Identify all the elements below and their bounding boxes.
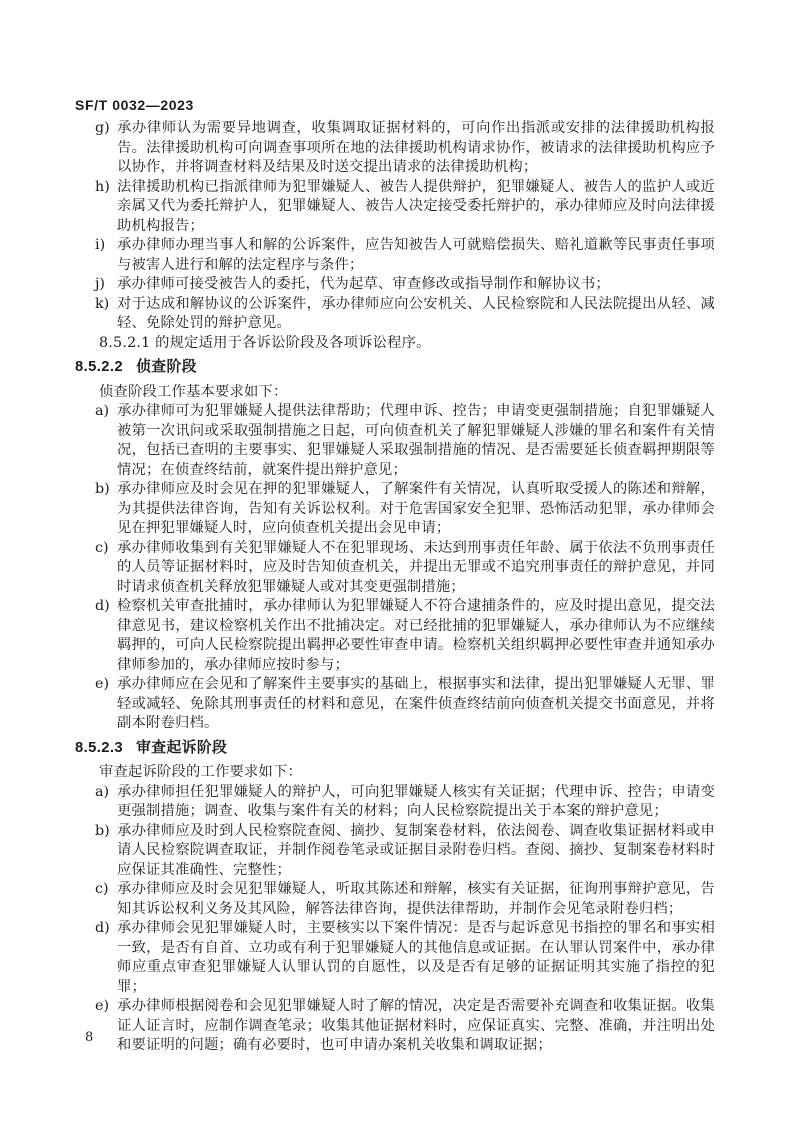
item-label: a) [95, 783, 109, 803]
item-text: 承办律师办理当事人和解的公诉案件，应告知被告人可就赔偿损失、赔礼道歉等民事责任事… [117, 237, 715, 273]
item-label: g) [95, 119, 110, 139]
list-item: h) 法律援助机构已指派律师为犯罪嫌疑人、被告人提供辩护，犯罪嫌疑人、被告人的监… [75, 178, 715, 237]
item-text: 承办律师可接受被告人的委托，代为起草、审查修改或指导制作和解协议书； [117, 276, 610, 292]
item-label: d) [95, 597, 110, 617]
heading-number: 8.5.2.3 [75, 740, 123, 756]
item-text: 承办律师收集到有关犯罪嫌疑人不在犯罪现场、未达到刑事责任年龄、属于依法不负刑事责… [117, 540, 715, 595]
item-label: e) [95, 997, 109, 1017]
item-label: j) [95, 275, 105, 295]
list-item: d) 检察机关审查批捕时，承办律师认为犯罪嫌疑人不符合逮捕条件的，应及时提出意见… [75, 597, 715, 675]
item-text: 承办律师应在会见和了解案件主要事实的基础上，根据事实和法律，提出犯罪嫌疑人无罪、… [117, 676, 715, 731]
item-label: e) [95, 675, 109, 695]
heading-title: 审查起诉阶段 [136, 740, 227, 756]
item-label: d) [95, 919, 110, 939]
item-text: 承办律师应及时到人民检察院查阅、摘抄、复制案卷材料，依法阅卷、调查收集证据材料或… [117, 823, 715, 878]
list-item: i) 承办律师办理当事人和解的公诉案件，应告知被告人可就赔偿损失、赔礼道歉等民事… [75, 236, 715, 275]
item-text: 承办律师应及时会见在押的犯罪嫌疑人，了解案件有关情况，认真听取受援人的陈述和辩解… [117, 481, 715, 536]
item-label: b) [95, 480, 110, 500]
standard-number: SF/T 0032—2023 [75, 97, 194, 113]
item-label: h) [95, 178, 110, 198]
document-page: SF/T 0032—2023 g) 承办律师认为需要异地调查，收集调取证据材料的… [0, 0, 794, 1122]
item-label: c) [95, 539, 109, 559]
heading-number: 8.5.2.2 [75, 359, 123, 375]
list-item: e) 承办律师应在会见和了解案件主要事实的基础上，根据事实和法律，提出犯罪嫌疑人… [75, 675, 715, 734]
review-intro: 审查起诉阶段的工作要求如下： [75, 763, 715, 783]
item-text: 承办律师根据阅卷和会见犯罪嫌疑人时了解的情况，决定是否需要补充调查和收集证据。收… [117, 998, 715, 1053]
item-text: 检察机关审查批捕时，承办律师认为犯罪嫌疑人不符合逮捕条件的，应及时提出意见，提交… [117, 598, 715, 673]
list-item: e) 承办律师根据阅卷和会见犯罪嫌疑人时了解的情况，决定是否需要补充调查和收集证… [75, 997, 715, 1056]
item-text: 承办律师认为需要异地调查，收集调取证据材料的，可向作出指派或安排的法律援助机构报… [117, 120, 715, 175]
list-item: b) 承办律师应及时会见在押的犯罪嫌疑人，了解案件有关情况，认真听取受援人的陈述… [75, 480, 715, 539]
item-text: 承办律师可为犯罪嫌疑人提供法律帮助；代理申诉、控告；申请变更强制措施；自犯罪嫌疑… [117, 403, 715, 478]
list-item: g) 承办律师认为需要异地调查，收集调取证据材料的，可向作出指派或安排的法律援助… [75, 119, 715, 178]
item-label: k) [95, 295, 109, 315]
list-investigation: a) 承办律师可为犯罪嫌疑人提供法律帮助；代理申诉、控告；申请变更强制措施；自犯… [75, 402, 715, 734]
section-heading-investigation: 8.5.2.2侦查阶段 [75, 358, 715, 378]
item-label: a) [95, 402, 109, 422]
item-text: 对于达成和解协议的公诉案件，承办律师应向公安机关、人民检察院和人民法院提出从轻、… [117, 296, 715, 332]
item-text: 承办律师应及时会见犯罪嫌疑人，听取其陈述和辩解，核实有关证据，征询刑事辩护意见，… [117, 881, 715, 917]
list-item: d) 承办律师会见犯罪嫌疑人时，主要核实以下案件情况：是否与起诉意见书指控的罪名… [75, 919, 715, 997]
page-content: g) 承办律师认为需要异地调查，收集调取证据材料的，可向作出指派或安排的法律援助… [75, 119, 715, 1056]
list-item: c) 承办律师收集到有关犯罪嫌疑人不在犯罪现场、未达到刑事责任年龄、属于依法不负… [75, 539, 715, 598]
list-item: c) 承办律师应及时会见犯罪嫌疑人，听取其陈述和辩解，核实有关证据，征询刑事辩护… [75, 880, 715, 919]
item-text: 承办律师担任犯罪嫌疑人的辩护人，可向犯罪嫌疑人核实有关证据；代理申诉、控告；申请… [117, 784, 715, 820]
list-item: j) 承办律师可接受被告人的委托，代为起草、审查修改或指导制作和解协议书； [75, 275, 715, 295]
list-item: k) 对于达成和解协议的公诉案件，承办律师应向公安机关、人民检察院和人民法院提出… [75, 295, 715, 334]
list-review: a) 承办律师担任犯罪嫌疑人的辩护人，可向犯罪嫌疑人核实有关证据；代理申诉、控告… [75, 783, 715, 1056]
section-heading-review: 8.5.2.3审查起诉阶段 [75, 739, 715, 759]
item-text: 法律援助机构已指派律师为犯罪嫌疑人、被告人提供辩护，犯罪嫌疑人、被告人的监护人或… [117, 179, 715, 234]
item-label: b) [95, 822, 110, 842]
item-label: c) [95, 880, 109, 900]
list-continued-from-previous: g) 承办律师认为需要异地调查，收集调取证据材料的，可向作出指派或安排的法律援助… [75, 119, 715, 334]
item-text: 承办律师会见犯罪嫌疑人时，主要核实以下案件情况：是否与起诉意见书指控的罪名和事实… [117, 920, 715, 995]
list-item: a) 承办律师可为犯罪嫌疑人提供法律帮助；代理申诉、控告；申请变更强制措施；自犯… [75, 402, 715, 480]
item-label: i) [95, 236, 105, 256]
investigation-intro: 侦查阶段工作基本要求如下： [75, 383, 715, 403]
heading-title: 侦查阶段 [136, 359, 197, 375]
page-number: 8 [85, 1030, 93, 1045]
applicability-note: 8.5.2.1 的规定适用于各诉讼阶段及各项诉讼程序。 [75, 334, 715, 354]
list-item: a) 承办律师担任犯罪嫌疑人的辩护人，可向犯罪嫌疑人核实有关证据；代理申诉、控告… [75, 783, 715, 822]
list-item: b) 承办律师应及时到人民检察院查阅、摘抄、复制案卷材料，依法阅卷、调查收集证据… [75, 822, 715, 881]
